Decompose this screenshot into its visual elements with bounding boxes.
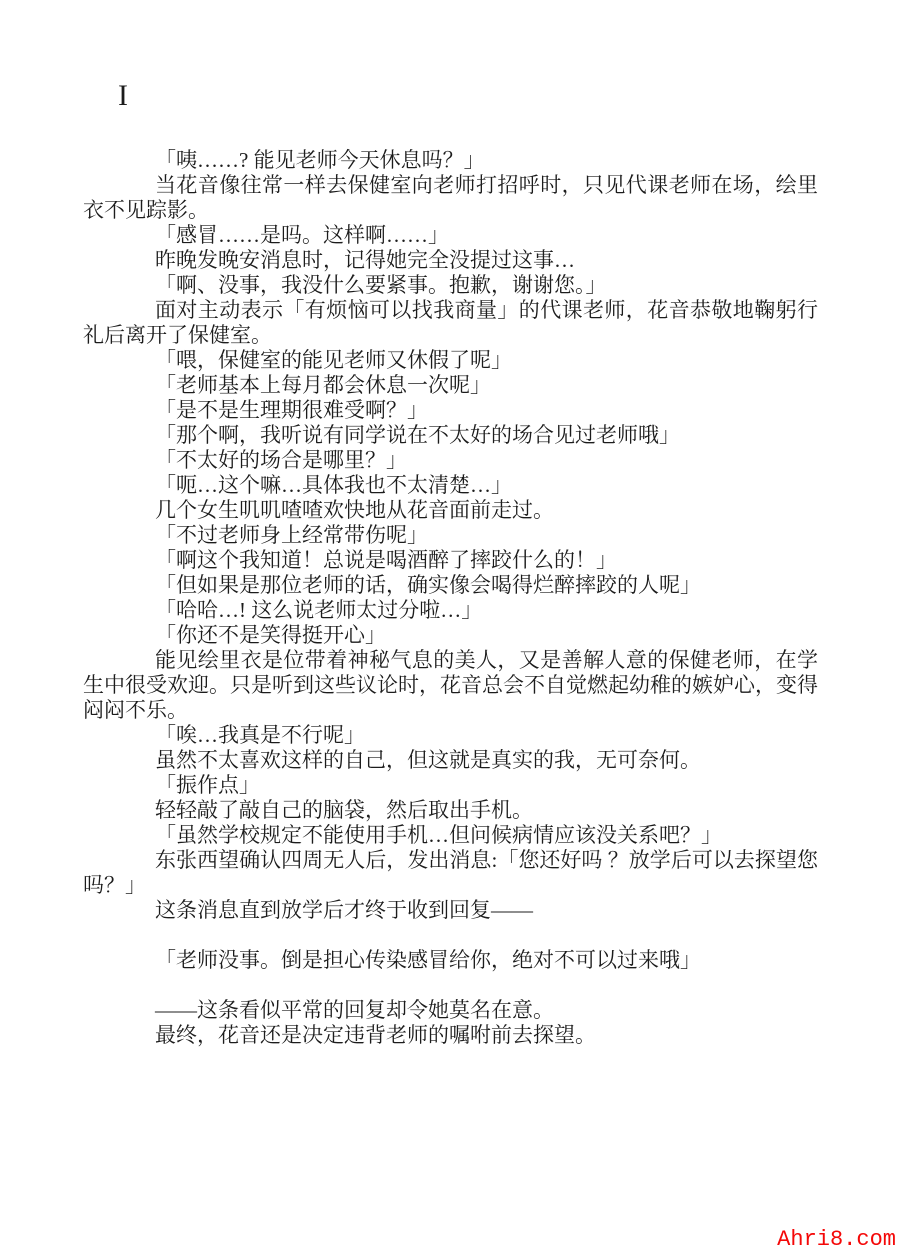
paragraph: 「不太好的场合是哪里？」	[83, 448, 818, 473]
paragraph: 「你还不是笑得挺开心」	[83, 623, 818, 648]
paragraph: 「但如果是那位老师的话，确实像会喝得烂醉摔跤的人呢」	[83, 573, 818, 598]
paragraph: 「虽然学校规定不能使用手机…但问候病情应该没关系吧？」	[83, 823, 818, 848]
paragraph: 「咦……? 能见老师今天休息吗？」	[83, 148, 818, 173]
chapter-marker: I	[118, 80, 128, 112]
paragraph: 当花音像往常一样去保健室向老师打招呼时，只见代课老师在场，绘里衣不见踪影。	[83, 173, 818, 223]
paragraph: 轻轻敲了敲自己的脑袋，然后取出手机。	[83, 798, 818, 823]
paragraph: 「啊、没事，我没什么要紧事。抱歉，谢谢您。」	[83, 273, 818, 298]
paragraph: 「呃…这个嘛…具体我也不太清楚…」	[83, 473, 818, 498]
paragraph: 「老师基本上每月都会休息一次呢」	[83, 373, 818, 398]
paragraph: 最终，花音还是决定违背老师的嘱咐前去探望。	[83, 1023, 818, 1048]
paragraph: 面对主动表示「有烦恼可以找我商量」的代课老师，花音恭敬地鞠躬行礼后离开了保健室。	[83, 298, 818, 348]
paragraph: 「喂，保健室的能见老师又休假了呢」	[83, 348, 818, 373]
paragraph: 「哈哈…! 这么说老师太过分啦…」	[83, 598, 818, 623]
document-page: I 「咦……? 能见老师今天休息吗？」当花音像往常一样去保健室向老师打招呼时，只…	[0, 0, 900, 1259]
paragraph: 「唉…我真是不行呢」	[83, 723, 818, 748]
paragraph: 昨晚发晚安消息时，记得她完全没提过这事…	[83, 248, 818, 273]
paragraph: ——这条看似平常的回复却令她莫名在意。	[83, 998, 818, 1023]
paragraph: 「是不是生理期很难受啊？」	[83, 398, 818, 423]
paragraph: 东张西望确认四周无人后，发出消息:「您还好吗 ？放学后可以去探望您吗？」	[83, 848, 818, 898]
paragraph: 几个女生叽叽喳喳欢快地从花音面前走过。	[83, 498, 818, 523]
paragraph: 「那个啊，我听说有同学说在不太好的场合见过老师哦」	[83, 423, 818, 448]
page-body: 「咦……? 能见老师今天休息吗？」当花音像往常一样去保健室向老师打招呼时，只见代…	[83, 148, 818, 1048]
paragraph: 能见绘里衣是位带着神秘气息的美人，又是善解人意的保健老师，在学生中很受欢迎。只是…	[83, 648, 818, 723]
paragraph: 「不过老师身上经常带伤呢」	[83, 523, 818, 548]
paragraph: 「老师没事。倒是担心传染感冒给你，绝对不可以过来哦」	[83, 948, 818, 973]
watermark-text: Ahri8.com	[777, 1227, 896, 1253]
paragraph: 「感冒……是吗。这样啊……」	[83, 223, 818, 248]
paragraph: 这条消息直到放学后才终于收到回复——	[83, 898, 818, 923]
paragraph: 「啊这个我知道！总说是喝酒醉了摔跤什么的！」	[83, 548, 818, 573]
paragraph: 虽然不太喜欢这样的自己，但这就是真实的我，无可奈何。	[83, 748, 818, 773]
paragraph: 「振作点」	[83, 773, 818, 798]
